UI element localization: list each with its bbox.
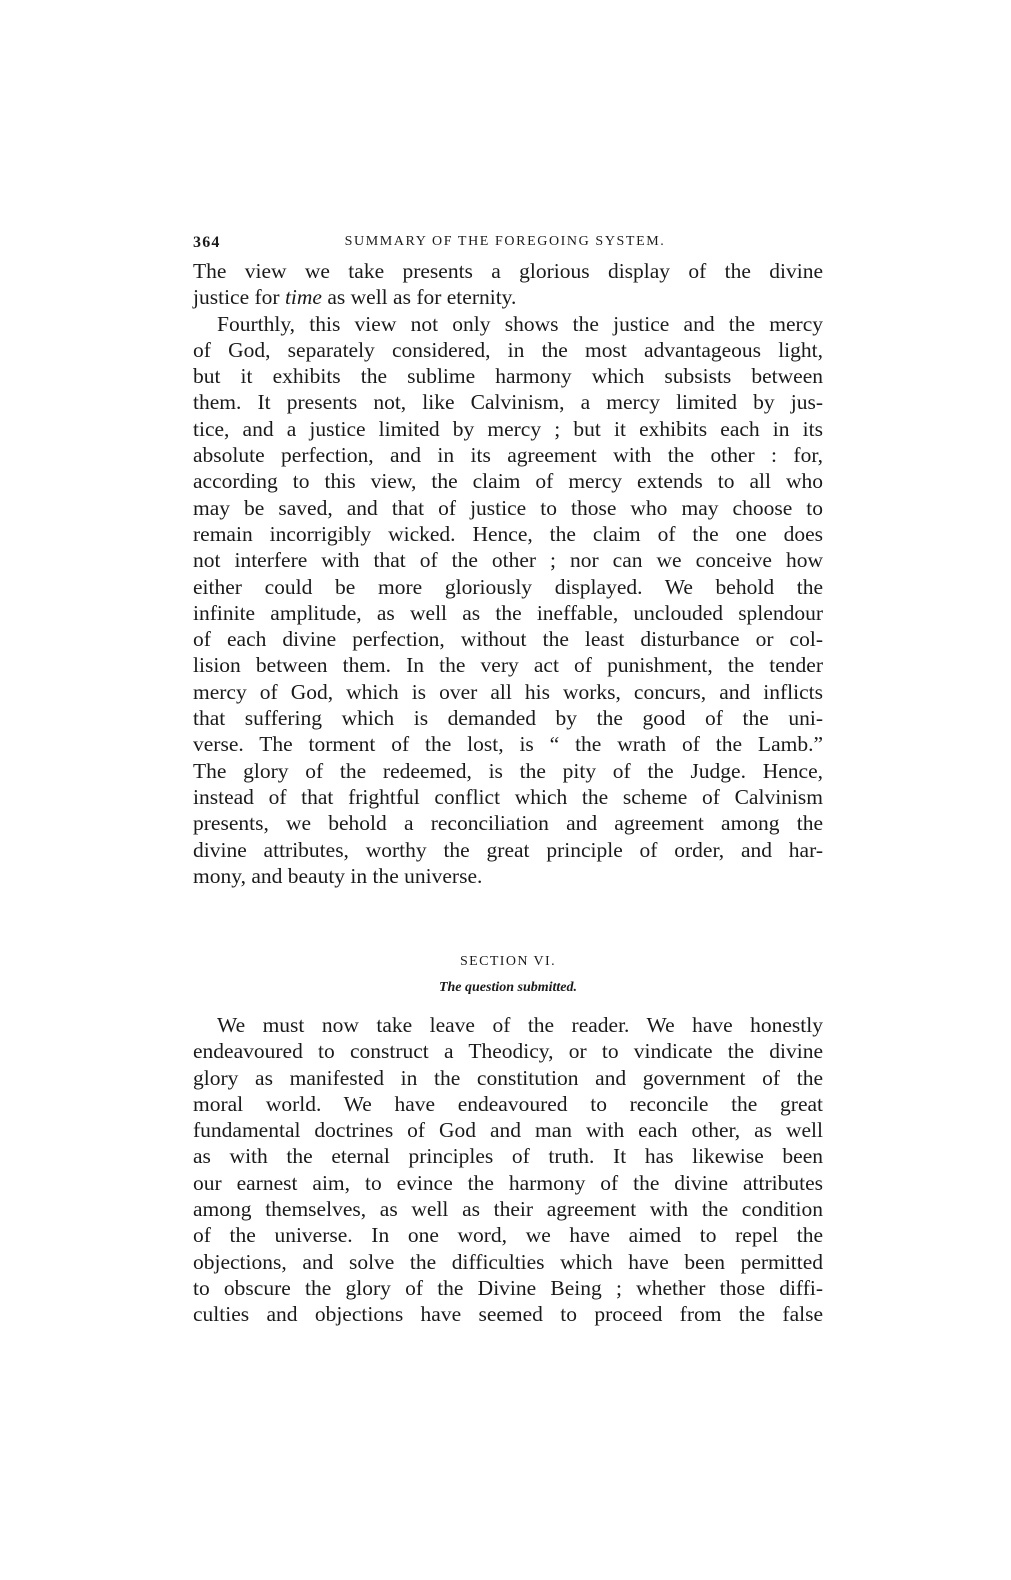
text-line: glory as manifested in the constitution … [193, 1065, 823, 1091]
text-line: may be saved, and that of justice to tho… [193, 495, 823, 521]
text-line: mercy of God, which is over all his work… [193, 679, 823, 705]
body-text-upper: The view we take presents a glorious dis… [193, 258, 823, 889]
text-line: not interfere with that of the other ; n… [193, 547, 823, 573]
text-span: justice for [193, 285, 285, 309]
text-line: to obscure the glory of the Divine Being… [193, 1275, 823, 1301]
text-line: instead of that frightful conflict which… [193, 784, 823, 810]
text-line: absolute perfection, and in its agreemen… [193, 442, 823, 468]
text-line: The glory of the redeemed, is the pity o… [193, 758, 823, 784]
section-subtitle: The question submitted. [193, 980, 823, 996]
text-line: We must now take leave of the reader. We… [193, 1012, 823, 1038]
text-line: of the universe. In one word, we have ai… [193, 1222, 823, 1248]
text-line: presents, we behold a reconciliation and… [193, 810, 823, 836]
text-line: divine attributes, worthy the great prin… [193, 837, 823, 863]
text-line: as with the eternal principles of truth.… [193, 1143, 823, 1169]
text-line: culties and objections have seemed to pr… [193, 1301, 823, 1327]
running-head: 364 SUMMARY OF THE FOREGOING SYSTEM. [193, 234, 823, 260]
section-heading: SECTION VI. [193, 954, 823, 970]
book-page: 364 SUMMARY OF THE FOREGOING SYSTEM. The… [193, 234, 823, 260]
text-span: as well as for eternity. [322, 285, 516, 309]
text-line: of each divine perfection, without the l… [193, 626, 823, 652]
running-title: SUMMARY OF THE FOREGOING SYSTEM. [245, 234, 765, 250]
text-line: them. It presents not, like Calvinism, a… [193, 389, 823, 415]
text-line: among themselves, as well as their agree… [193, 1196, 823, 1222]
text-line: verse. The torment of the lost, is “ the… [193, 731, 823, 757]
text-line: mony, and beauty in the universe. [193, 863, 823, 889]
text-line: remain incorrigibly wicked. Hence, the c… [193, 521, 823, 547]
text-line: tice, and a justice limited by mercy ; b… [193, 416, 823, 442]
text-line: of God, separately considered, in the mo… [193, 337, 823, 363]
page-number: 364 [193, 234, 221, 252]
text-line: infinite amplitude, as well as the ineff… [193, 600, 823, 626]
text-line: justice for time as well as for eternity… [193, 284, 823, 310]
text-line: fundamental doctrines of God and man wit… [193, 1117, 823, 1143]
body-text-lower: We must now take leave of the reader. We… [193, 1012, 823, 1328]
text-line: The view we take presents a glorious dis… [193, 258, 823, 284]
text-line: objections, and solve the difficulties w… [193, 1249, 823, 1275]
italic-word: time [285, 285, 322, 309]
text-line: according to this view, the claim of mer… [193, 468, 823, 494]
text-line: moral world. We have endeavoured to reco… [193, 1091, 823, 1117]
text-line: Fourthly, this view not only shows the j… [193, 311, 823, 337]
text-line: our earnest aim, to evince the harmony o… [193, 1170, 823, 1196]
text-line: endeavoured to construct a Theodicy, or … [193, 1038, 823, 1064]
text-line: that suffering which is demanded by the … [193, 705, 823, 731]
text-line: either could be more gloriously displaye… [193, 574, 823, 600]
text-line: lision between them. In the very act of … [193, 652, 823, 678]
text-line: but it exhibits the sublime harmony whic… [193, 363, 823, 389]
